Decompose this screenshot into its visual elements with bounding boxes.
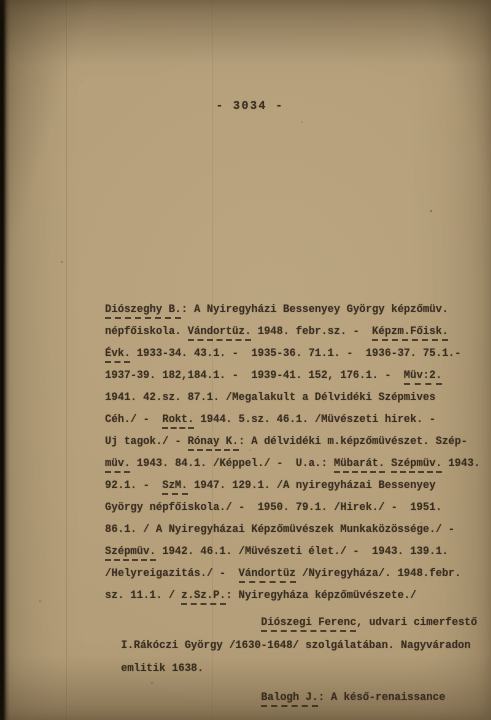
text-segment: I.Rákóczi György /1630-1648/ szolgálatáb… <box>121 640 471 652</box>
text-segment: Céh./ - <box>105 414 162 426</box>
text-segment: , udvari cimerfestő <box>356 617 477 629</box>
text-segment: : Nyiregyháza képzőmüvészete./ <box>226 590 417 602</box>
text-line: népfőiskola. Vándortüz. 1948. febr.sz. -… <box>105 321 485 343</box>
underlined-text: müv. <box>105 458 130 473</box>
text-line: Céh./ - Rokt. 1944. 5.sz. 46.1. /Müvésze… <box>105 409 485 431</box>
text-line: müv. 1943. 84.1. /Képpel./ - U.a.: Mübar… <box>105 453 485 475</box>
text-segment: 86.1. / A Nyiregyházai Képzőmüvészek Mun… <box>105 524 455 536</box>
text-line: 86.1. / A Nyiregyházai Képzőmüvészek Mun… <box>105 519 485 541</box>
underlined-text: Rokt. <box>162 414 194 429</box>
text-line: I.Rákóczi György /1630-1648/ szolgálatáb… <box>121 635 489 658</box>
text-segment: 92.1. - <box>105 480 162 492</box>
underlined-text: Diószegi Ferenc <box>261 617 356 632</box>
text-segment: 1941. 42.sz. 87.1. /Megalakult a Délvidé… <box>105 392 436 404</box>
text-segment: : A délvidéki m.képzőmüvészet. Szép- <box>239 436 468 448</box>
underlined-text: Balogh J. <box>261 692 318 707</box>
text-segment: 1943. <box>442 458 480 470</box>
text-line: sz. 11.1. / z.Sz.P.: Nyiregyháza képzőmü… <box>105 585 485 607</box>
text-line: Diószeghy B.: A Nyiregyházi Bessenyey Gy… <box>105 299 485 321</box>
text-segment: : A késő-renaissance <box>318 692 445 704</box>
text-segment: sz. 11.1. / <box>105 590 181 602</box>
text-line: 92.1. - SzM. 1947. 129.1. /A nyiregyháza… <box>105 475 485 497</box>
underlined-text: Mübarát. <box>334 458 385 473</box>
text-segment: népfőiskola. <box>105 326 188 338</box>
underlined-text: Képzm.Főisk. <box>372 326 448 341</box>
text-segment: György népfőiskola./ - 1950. 79.1. /Hire… <box>105 502 442 514</box>
underlined-text: Vándortüz. <box>188 326 252 341</box>
text-segment: 1937-39. 182,184.1. - 1939-41. 152, 176.… <box>105 370 404 382</box>
scan-left-black-edge <box>0 0 10 720</box>
bibliography-entry-balogh: Balogh J.: A késő-renaissance <box>261 687 445 709</box>
text-segment: 1944. 5.sz. 46.1. /Müvészeti hirek. - <box>194 414 436 426</box>
paper-crease <box>66 0 68 720</box>
text-line: 1937-39. 182,184.1. - 1939-41. 152, 176.… <box>105 365 485 387</box>
text-segment: 1947. 129.1. /A nyiregyházai Bessenyey <box>188 480 436 492</box>
text-segment: 1948. febr.sz. - <box>251 326 372 338</box>
underlined-text: Müv:2. <box>404 370 442 385</box>
text-line: /Helyreigazitás./ - Vándortüz /Nyiregyhá… <box>105 563 485 585</box>
bibliography-entry-dioszeghy: Diószeghy B.: A Nyiregyházi Bessenyey Gy… <box>105 299 485 607</box>
text-segment: /Helyreigazitás./ - <box>105 568 239 580</box>
underlined-text: SzM. <box>162 480 187 495</box>
scanned-document-page: - 3034 - Diószeghy B.: A Nyiregyházi Bes… <box>0 0 491 720</box>
text-line: György népfőiskola./ - 1950. 79.1. /Hire… <box>105 497 485 519</box>
underlined-text: Diószeghy B. <box>105 304 181 319</box>
text-line: emlitik 1638. <box>121 658 489 681</box>
text-line: Uj tagok./ - Rónay K.: A délvidéki m.kép… <box>105 431 485 453</box>
text-segment: 1943. 84.1. /Képpel./ - U.a.: <box>130 458 333 470</box>
underlined-text: Vándortüz <box>239 568 296 583</box>
underlined-text: Évk. <box>105 348 130 363</box>
text-segment: emlitik 1638. <box>121 663 204 675</box>
page-number: - 3034 - <box>216 100 284 113</box>
text-segment: 1933-34. 43.1. - 1935-36. 71.1. - 1936-3… <box>130 348 461 360</box>
text-segment: : A Nyiregyházi Bessenyey György képzőmü… <box>181 304 448 316</box>
text-segment: 1942. 46.1. /Müvészeti élet./ - 1943. 13… <box>156 546 448 558</box>
underlined-text: Szépmüv. <box>105 546 156 561</box>
bibliography-entry-dioszegi: Diószegi Ferenc, udvari cimerfestőI.Rákó… <box>121 612 489 681</box>
underlined-text: z.Sz.P. <box>181 590 226 605</box>
text-segment: /Nyiregyháza/. 1948.febr. <box>296 568 461 580</box>
underlined-text: Rónay K. <box>188 436 239 451</box>
text-line: 1941. 42.sz. 87.1. /Megalakult a Délvidé… <box>105 387 485 409</box>
text-line: Diószegi Ferenc, udvari cimerfestő <box>121 612 489 635</box>
underlined-text: Szépmüv. <box>391 458 442 473</box>
text-segment: Uj tagok./ - <box>105 436 188 448</box>
text-line: Évk. 1933-34. 43.1. - 1935-36. 71.1. - 1… <box>105 343 485 365</box>
text-line: Szépmüv. 1942. 46.1. /Müvészeti élet./ -… <box>105 541 485 563</box>
text-line: Balogh J.: A késő-renaissance <box>261 687 445 709</box>
